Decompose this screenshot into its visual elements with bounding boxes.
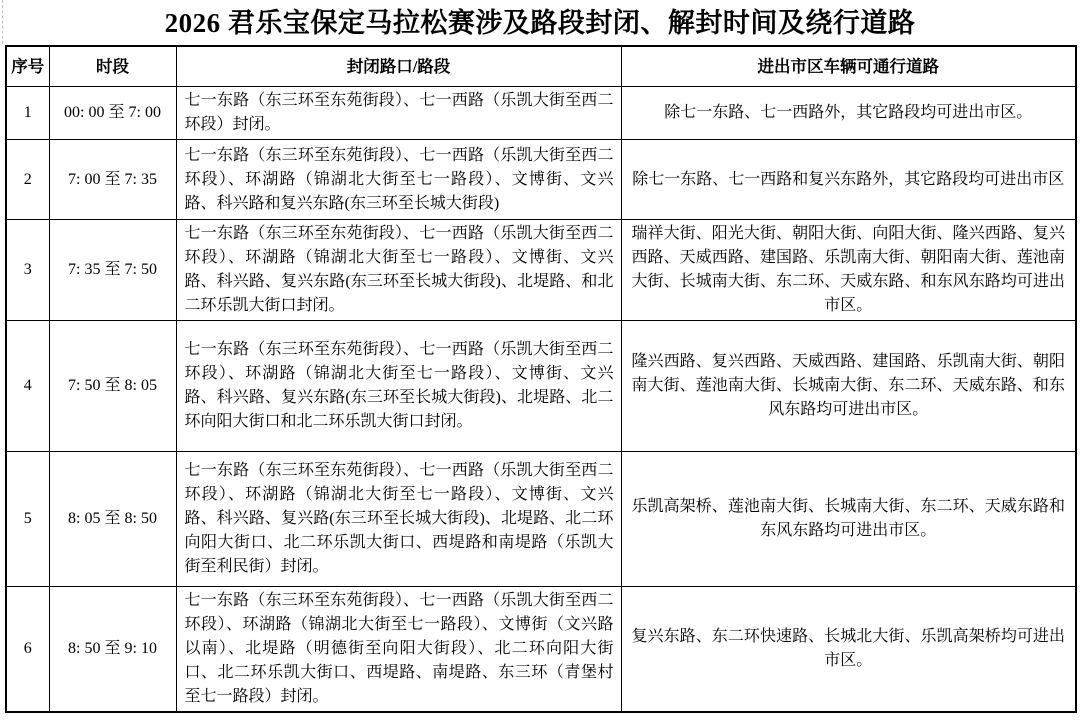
header-time-period: 时段: [49, 46, 176, 87]
serial-cell: 4: [6, 321, 49, 452]
serial-cell: 1: [6, 87, 49, 140]
open-roads-cell: 乐凯高架桥、莲池南大街、长城南大街、东二环、天威东路和东风东路均可进出市区。: [621, 452, 1076, 587]
page-title: 2026 君乐宝保定马拉松赛涉及路段封闭、解封时间及绕行道路: [0, 3, 1080, 43]
table-row: 6 8: 50 至 9: 10 七一东路（东三环至东苑街段）、七一西路（乐凯大街…: [6, 587, 1076, 713]
open-roads-cell: 除七一东路、七一西路和复兴东路外，其它路段均可进出市区: [621, 140, 1076, 220]
time-cell: 8: 50 至 9: 10: [49, 587, 176, 713]
table-header-row: 序号 时段 封闭路口/路段 进出市区车辆可通行道路: [6, 46, 1076, 87]
table-row: 4 7: 50 至 8: 05 七一东路（东三环至东苑街段）、七一西路（乐凯大街…: [6, 321, 1076, 452]
serial-cell: 5: [6, 452, 49, 587]
closed-roads-cell: 七一东路（东三环至东苑街段）、七一西路（乐凯大街至西二环段）封闭。: [176, 87, 621, 140]
time-cell: 8: 05 至 8: 50: [49, 452, 176, 587]
road-closure-table: 序号 时段 封闭路口/路段 进出市区车辆可通行道路 1 00: 00 至 7: …: [5, 45, 1077, 713]
open-roads-cell: 除七一东路、七一西路外，其它路段均可进出市区。: [621, 87, 1076, 140]
closed-roads-cell: 七一东路（东三环至东苑街段）、七一西路（乐凯大街至西二环段）、环湖路（锦湖北大街…: [176, 321, 621, 452]
time-cell: 7: 50 至 8: 05: [49, 321, 176, 452]
open-roads-cell: 隆兴西路、复兴西路、天威西路、建国路、乐凯南大街、朝阳南大街、莲池南大街、长城南…: [621, 321, 1076, 452]
serial-cell: 2: [6, 140, 49, 220]
serial-cell: 6: [6, 587, 49, 713]
closed-roads-cell: 七一东路（东三环至东苑街段）、七一西路（乐凯大街至西二环段）、环湖路（锦湖北大街…: [176, 452, 621, 587]
table-row: 3 7: 35 至 7: 50 七一东路（东三环至东苑街段）、七一西路（乐凯大街…: [6, 220, 1076, 321]
closed-roads-cell: 七一东路（东三环至东苑街段）、七一西路（乐凯大街至西二环段）、环湖路（锦湖北大街…: [176, 220, 621, 321]
header-closed-roads: 封闭路口/路段: [176, 46, 621, 87]
closed-roads-cell: 七一东路（东三环至东苑街段）、七一西路（乐凯大街至西二环段）、环湖路（锦湖北大街…: [176, 140, 621, 220]
closed-roads-cell: 七一东路（东三环至东苑街段）、七一西路（乐凯大街至西二环段）、环湖路（锦湖北大街…: [176, 587, 621, 713]
time-cell: 7: 35 至 7: 50: [49, 220, 176, 321]
table-row: 5 8: 05 至 8: 50 七一东路（东三环至东苑街段）、七一西路（乐凯大街…: [6, 452, 1076, 587]
open-roads-cell: 复兴东路、东二环快速路、长城北大街、乐凯高架桥均可进出市区。: [621, 587, 1076, 713]
open-roads-cell: 瑞祥大街、阳光大街、朝阳大街、向阳大街、隆兴西路、复兴西路、天威西路、建国路、乐…: [621, 220, 1076, 321]
time-cell: 00: 00 至 7: 00: [49, 87, 176, 140]
table-row: 2 7: 00 至 7: 35 七一东路（东三环至东苑街段）、七一西路（乐凯大街…: [6, 140, 1076, 220]
header-open-roads: 进出市区车辆可通行道路: [621, 46, 1076, 87]
header-serial: 序号: [6, 46, 49, 87]
table-row: 1 00: 00 至 7: 00 七一东路（东三环至东苑街段）、七一西路（乐凯大…: [6, 87, 1076, 140]
serial-cell: 3: [6, 220, 49, 321]
time-cell: 7: 00 至 7: 35: [49, 140, 176, 220]
document-page: 2026 君乐宝保定马拉松赛涉及路段封闭、解封时间及绕行道路 序号 时段 封闭路…: [0, 0, 1080, 721]
